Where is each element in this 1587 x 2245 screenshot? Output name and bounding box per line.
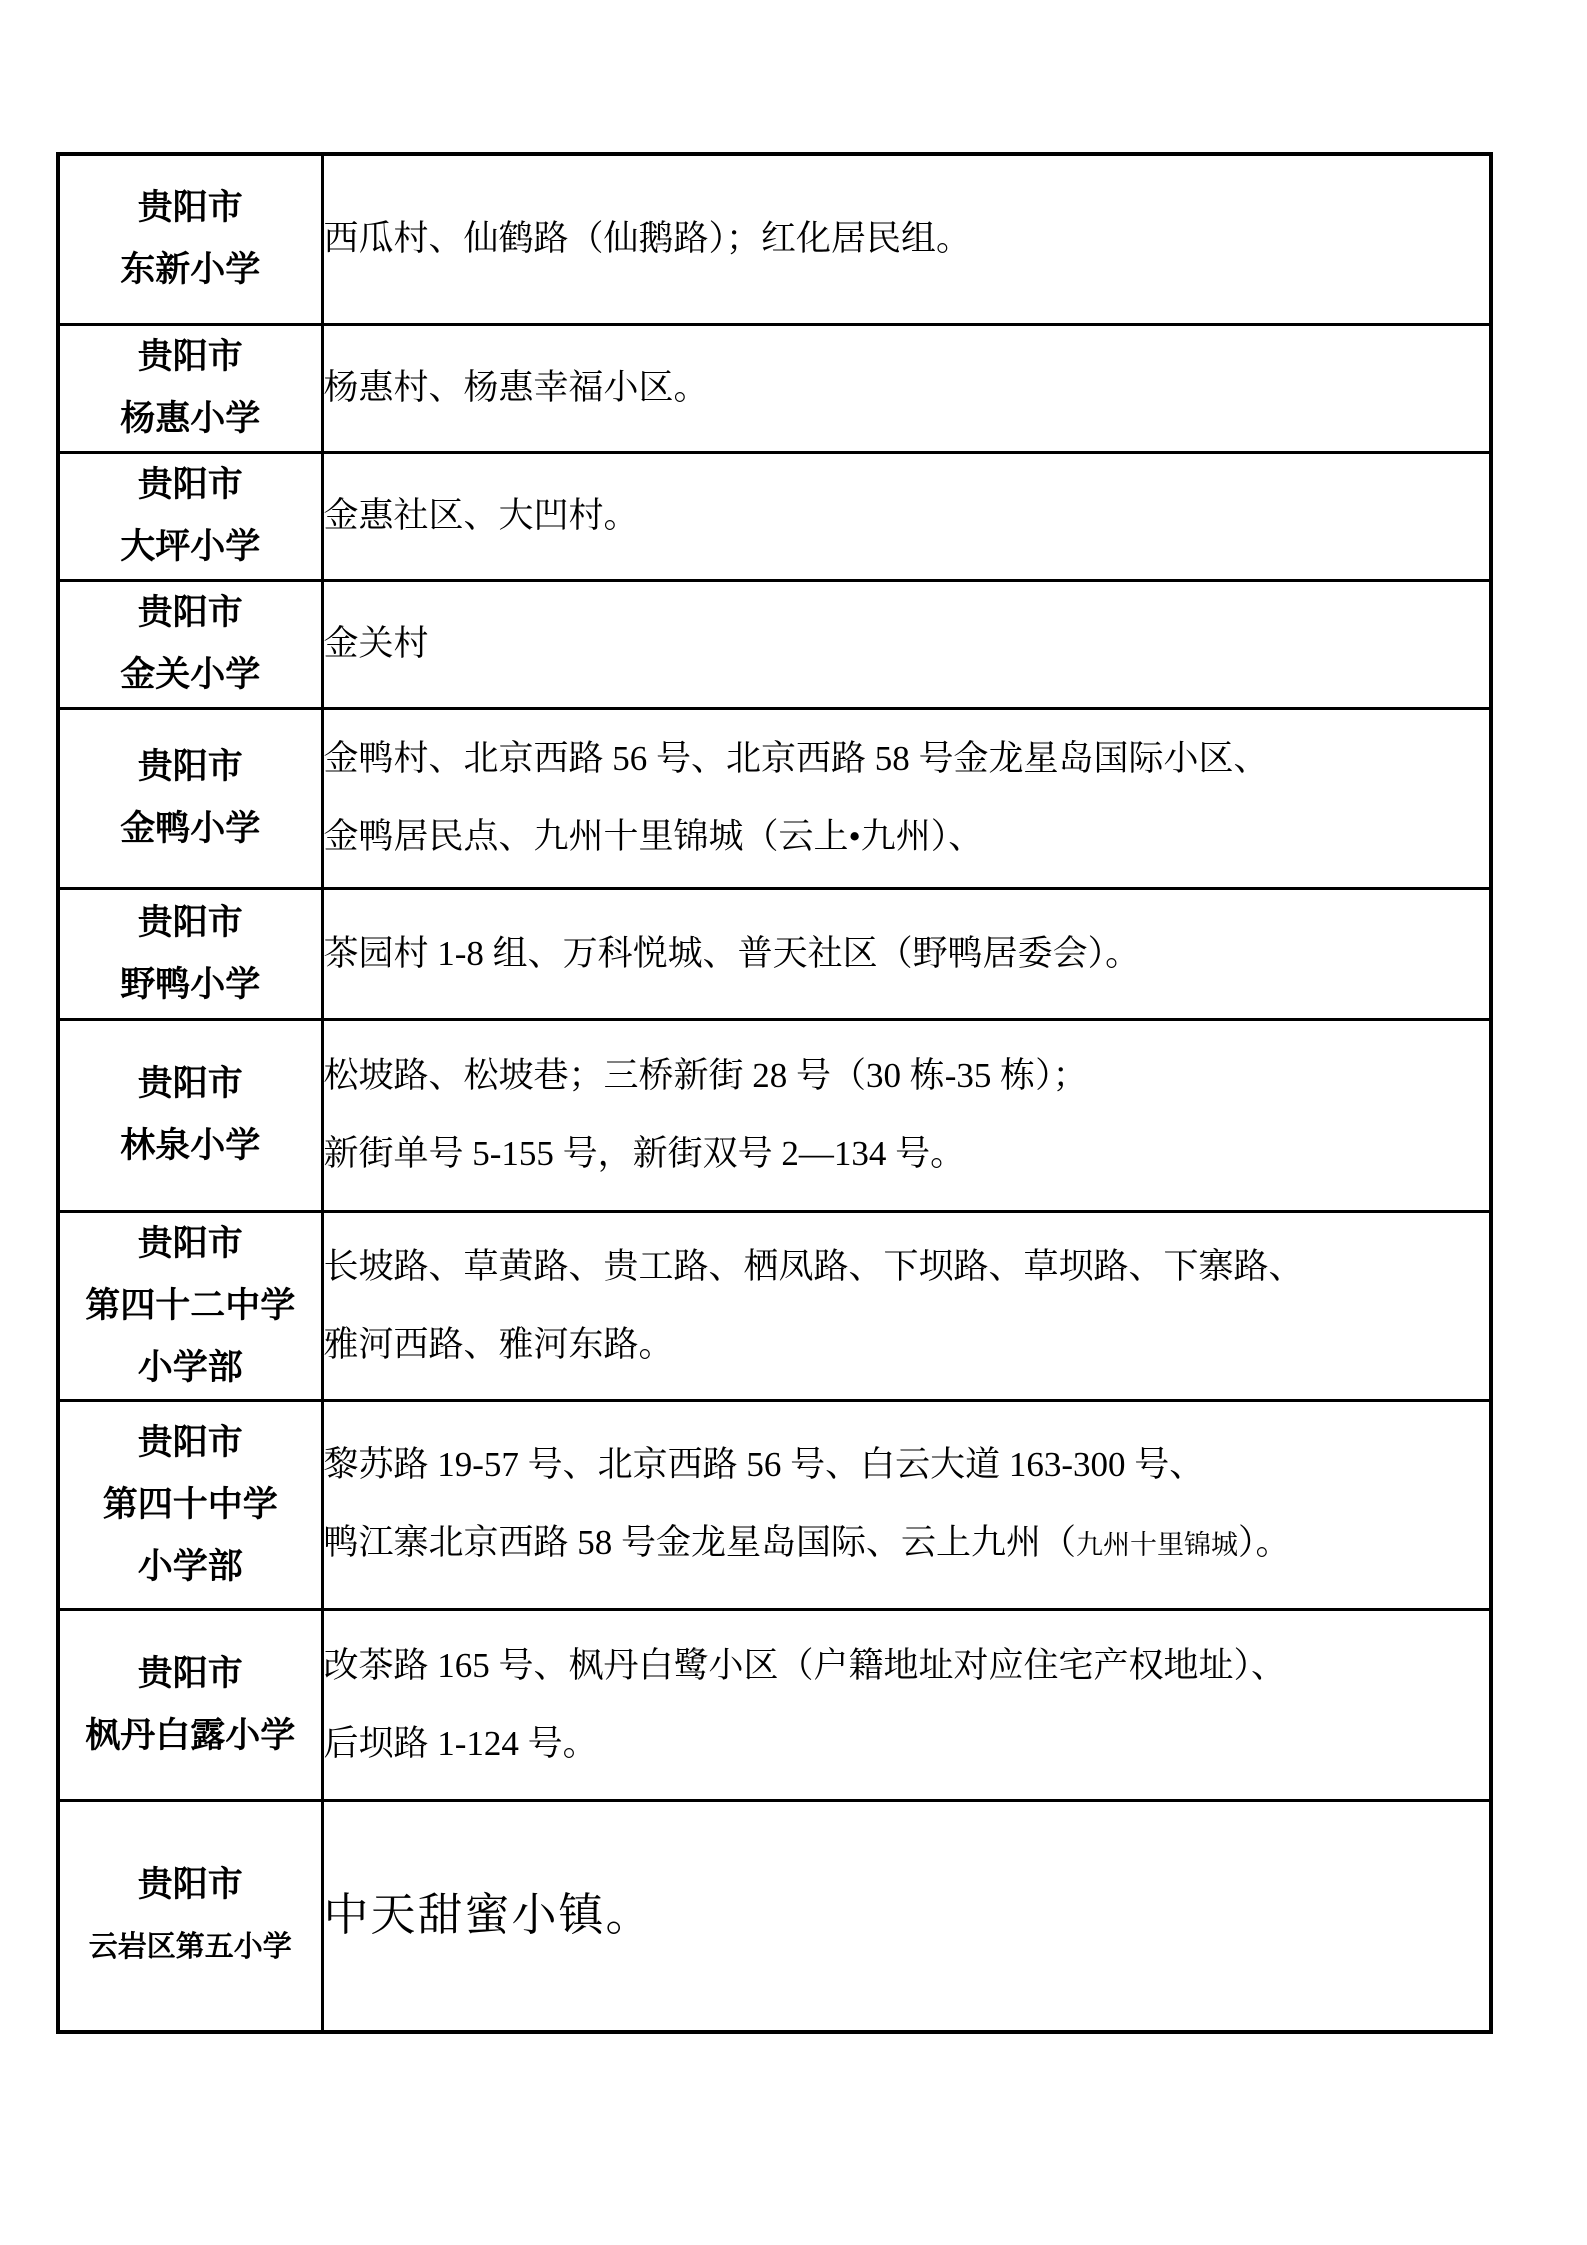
school-name-line: 贵阳市 [60, 1053, 321, 1115]
school-name-line: 贵阳市 [60, 1854, 321, 1916]
area-text-segment: 金惠社区、大凹村。 [324, 496, 639, 535]
school-name-line: 云岩区第五小学 [60, 1916, 321, 1978]
district-area-line: 茶园村 1-8 组、万科悦城、普天社区（野鸭居委会）。 [324, 915, 1490, 993]
school-name-line: 杨惠小学 [60, 388, 321, 450]
area-text-segment: 金鸭村、北京西路 56 号、北京西路 58 号金龙星岛国际小区、 [324, 739, 1269, 778]
table-row: 贵阳市东新小学西瓜村、仙鹤路（仙鹅路）；红化居民组。 [58, 154, 1491, 324]
district-area-line: 杨惠村、杨惠幸福小区。 [324, 349, 1490, 427]
district-area-line: 金鸭居民点、九州十里锦城（云上•九州）、 [324, 798, 1490, 876]
school-name-cell: 贵阳市金关小学 [58, 580, 322, 708]
area-text-segment: 鸭江寨北京西路 58 号金龙星岛国际、云上九州（ [324, 1523, 1077, 1562]
document-page: 贵阳市东新小学西瓜村、仙鹤路（仙鹅路）；红化居民组。贵阳市杨惠小学杨惠村、杨惠幸… [0, 0, 1587, 2245]
school-name-cell: 贵阳市大坪小学 [58, 452, 322, 580]
school-name-line: 第四十二中学 [60, 1275, 321, 1337]
school-name-line: 贵阳市 [60, 326, 321, 388]
district-area-cell: 茶园村 1-8 组、万科悦城、普天社区（野鸭居委会）。 [322, 888, 1491, 1019]
school-name-line: 金鸭小学 [60, 798, 321, 860]
district-area-cell: 黎苏路 19-57 号、北京西路 56 号、白云大道 163-300 号、鸭江寨… [322, 1400, 1491, 1609]
district-area-cell: 松坡路、松坡巷；三桥新街 28 号（30 栋-35 栋）；新街单号 5-155 … [322, 1019, 1491, 1211]
table-row: 贵阳市杨惠小学杨惠村、杨惠幸福小区。 [58, 324, 1491, 452]
school-name-line: 第四十中学 [60, 1474, 321, 1536]
table-row: 贵阳市大坪小学金惠社区、大凹村。 [58, 452, 1491, 580]
school-name-line: 贵阳市 [60, 1643, 321, 1705]
school-name-line: 小学部 [60, 1337, 321, 1399]
school-name-line: 林泉小学 [60, 1115, 321, 1177]
school-name-line: 贵阳市 [60, 177, 321, 239]
table-row: 贵阳市云岩区第五小学中天甜蜜小镇。 [58, 1800, 1491, 2032]
area-text-segment: 长坡路、草黄路、贵工路、栖凤路、下坝路、草坝路、下寨路、 [324, 1247, 1304, 1286]
school-name-cell: 贵阳市野鸭小学 [58, 888, 322, 1019]
district-area-line: 西瓜村、仙鹤路（仙鹅路）；红化居民组。 [324, 200, 1490, 278]
school-name-line: 贵阳市 [60, 1213, 321, 1275]
district-area-cell: 杨惠村、杨惠幸福小区。 [322, 324, 1491, 452]
area-text-segment: 金鸭居民点、九州十里锦城（云上•九州）、 [324, 817, 984, 856]
district-area-cell: 中天甜蜜小镇。 [322, 1800, 1491, 2032]
area-text-segment: 金关村 [324, 624, 429, 663]
school-name-line: 枫丹白露小学 [60, 1705, 321, 1767]
table-row: 贵阳市金关小学金关村 [58, 580, 1491, 708]
area-text-segment: 新街单号 5-155 号，新街双号 2—134 号。 [324, 1134, 966, 1173]
district-area-line: 新街单号 5-155 号，新街双号 2—134 号。 [324, 1115, 1490, 1193]
school-name-cell: 贵阳市第四十二中学小学部 [58, 1211, 322, 1400]
district-area-line: 金惠社区、大凹村。 [324, 477, 1490, 555]
area-text-segment: 雅河西路、雅河东路。 [324, 1325, 674, 1364]
district-area-line: 金关村 [324, 605, 1490, 683]
area-text-segment: 九州十里锦城 [1076, 1530, 1238, 1560]
area-text-segment: 西瓜村、仙鹤路（仙鹅路）；红化居民组。 [324, 219, 972, 258]
table-row: 贵阳市林泉小学松坡路、松坡巷；三桥新街 28 号（30 栋-35 栋）；新街单号… [58, 1019, 1491, 1211]
district-area-cell: 金关村 [322, 580, 1491, 708]
school-name-line: 贵阳市 [60, 1412, 321, 1474]
area-text-segment: ）。 [1238, 1523, 1291, 1562]
school-name-line: 野鸭小学 [60, 954, 321, 1016]
area-text-segment: 中天甜蜜小镇。 [324, 1890, 653, 1940]
school-name-cell: 贵阳市东新小学 [58, 154, 322, 324]
table-row: 贵阳市第四十二中学小学部长坡路、草黄路、贵工路、栖凤路、下坝路、草坝路、下寨路、… [58, 1211, 1491, 1400]
district-area-line: 后坝路 1-124 号。 [324, 1705, 1490, 1783]
area-text-segment: 杨惠村、杨惠幸福小区。 [324, 368, 709, 407]
district-area-cell: 改茶路 165 号、枫丹白鹭小区（户籍地址对应住宅产权地址）、后坝路 1-124… [322, 1609, 1491, 1800]
school-name-line: 贵阳市 [60, 454, 321, 516]
area-text-segment: 改茶路 165 号、枫丹白鹭小区（户籍地址对应住宅产权地址）、 [324, 1646, 1287, 1685]
school-name-line: 金关小学 [60, 644, 321, 706]
school-name-line: 贵阳市 [60, 582, 321, 644]
school-name-cell: 贵阳市枫丹白露小学 [58, 1609, 322, 1800]
school-name-line: 大坪小学 [60, 516, 321, 578]
table-row: 贵阳市野鸭小学茶园村 1-8 组、万科悦城、普天社区（野鸭居委会）。 [58, 888, 1491, 1019]
school-name-line: 小学部 [60, 1536, 321, 1598]
table-body: 贵阳市东新小学西瓜村、仙鹤路（仙鹅路）；红化居民组。贵阳市杨惠小学杨惠村、杨惠幸… [58, 154, 1491, 2032]
school-name-line: 东新小学 [60, 239, 321, 301]
school-name-cell: 贵阳市第四十中学小学部 [58, 1400, 322, 1609]
area-text-segment: 黎苏路 19-57 号、北京西路 56 号、白云大道 163-300 号、 [324, 1445, 1205, 1484]
district-area-line: 金鸭村、北京西路 56 号、北京西路 58 号金龙星岛国际小区、 [324, 720, 1490, 798]
district-area-cell: 金惠社区、大凹村。 [322, 452, 1491, 580]
school-district-table: 贵阳市东新小学西瓜村、仙鹤路（仙鹅路）；红化居民组。贵阳市杨惠小学杨惠村、杨惠幸… [56, 152, 1493, 2034]
district-area-cell: 长坡路、草黄路、贵工路、栖凤路、下坝路、草坝路、下寨路、雅河西路、雅河东路。 [322, 1211, 1491, 1400]
district-area-line: 鸭江寨北京西路 58 号金龙星岛国际、云上九州（九州十里锦城）。 [324, 1504, 1490, 1584]
area-text-segment: 茶园村 1-8 组、万科悦城、普天社区（野鸭居委会）。 [324, 934, 1141, 973]
area-text-segment: 松坡路、松坡巷；三桥新街 28 号（30 栋-35 栋）； [324, 1056, 1088, 1095]
district-area-line: 松坡路、松坡巷；三桥新街 28 号（30 栋-35 栋）； [324, 1037, 1490, 1115]
school-name-cell: 贵阳市金鸭小学 [58, 708, 322, 888]
school-name-line: 贵阳市 [60, 736, 321, 798]
district-area-line: 中天甜蜜小镇。 [324, 1882, 1490, 1950]
table-row: 贵阳市第四十中学小学部黎苏路 19-57 号、北京西路 56 号、白云大道 16… [58, 1400, 1491, 1609]
district-area-line: 雅河西路、雅河东路。 [324, 1306, 1490, 1384]
district-area-line: 改茶路 165 号、枫丹白鹭小区（户籍地址对应住宅产权地址）、 [324, 1627, 1490, 1705]
school-name-cell: 贵阳市杨惠小学 [58, 324, 322, 452]
district-area-cell: 西瓜村、仙鹤路（仙鹅路）；红化居民组。 [322, 154, 1491, 324]
table-row: 贵阳市枫丹白露小学改茶路 165 号、枫丹白鹭小区（户籍地址对应住宅产权地址）、… [58, 1609, 1491, 1800]
district-area-line: 黎苏路 19-57 号、北京西路 56 号、白云大道 163-300 号、 [324, 1426, 1490, 1504]
school-name-cell: 贵阳市林泉小学 [58, 1019, 322, 1211]
area-text-segment: 后坝路 1-124 号。 [324, 1724, 598, 1763]
school-name-line: 贵阳市 [60, 892, 321, 954]
district-area-line: 长坡路、草黄路、贵工路、栖凤路、下坝路、草坝路、下寨路、 [324, 1228, 1490, 1306]
school-name-cell: 贵阳市云岩区第五小学 [58, 1800, 322, 2032]
table-row: 贵阳市金鸭小学金鸭村、北京西路 56 号、北京西路 58 号金龙星岛国际小区、金… [58, 708, 1491, 888]
district-area-cell: 金鸭村、北京西路 56 号、北京西路 58 号金龙星岛国际小区、金鸭居民点、九州… [322, 708, 1491, 888]
